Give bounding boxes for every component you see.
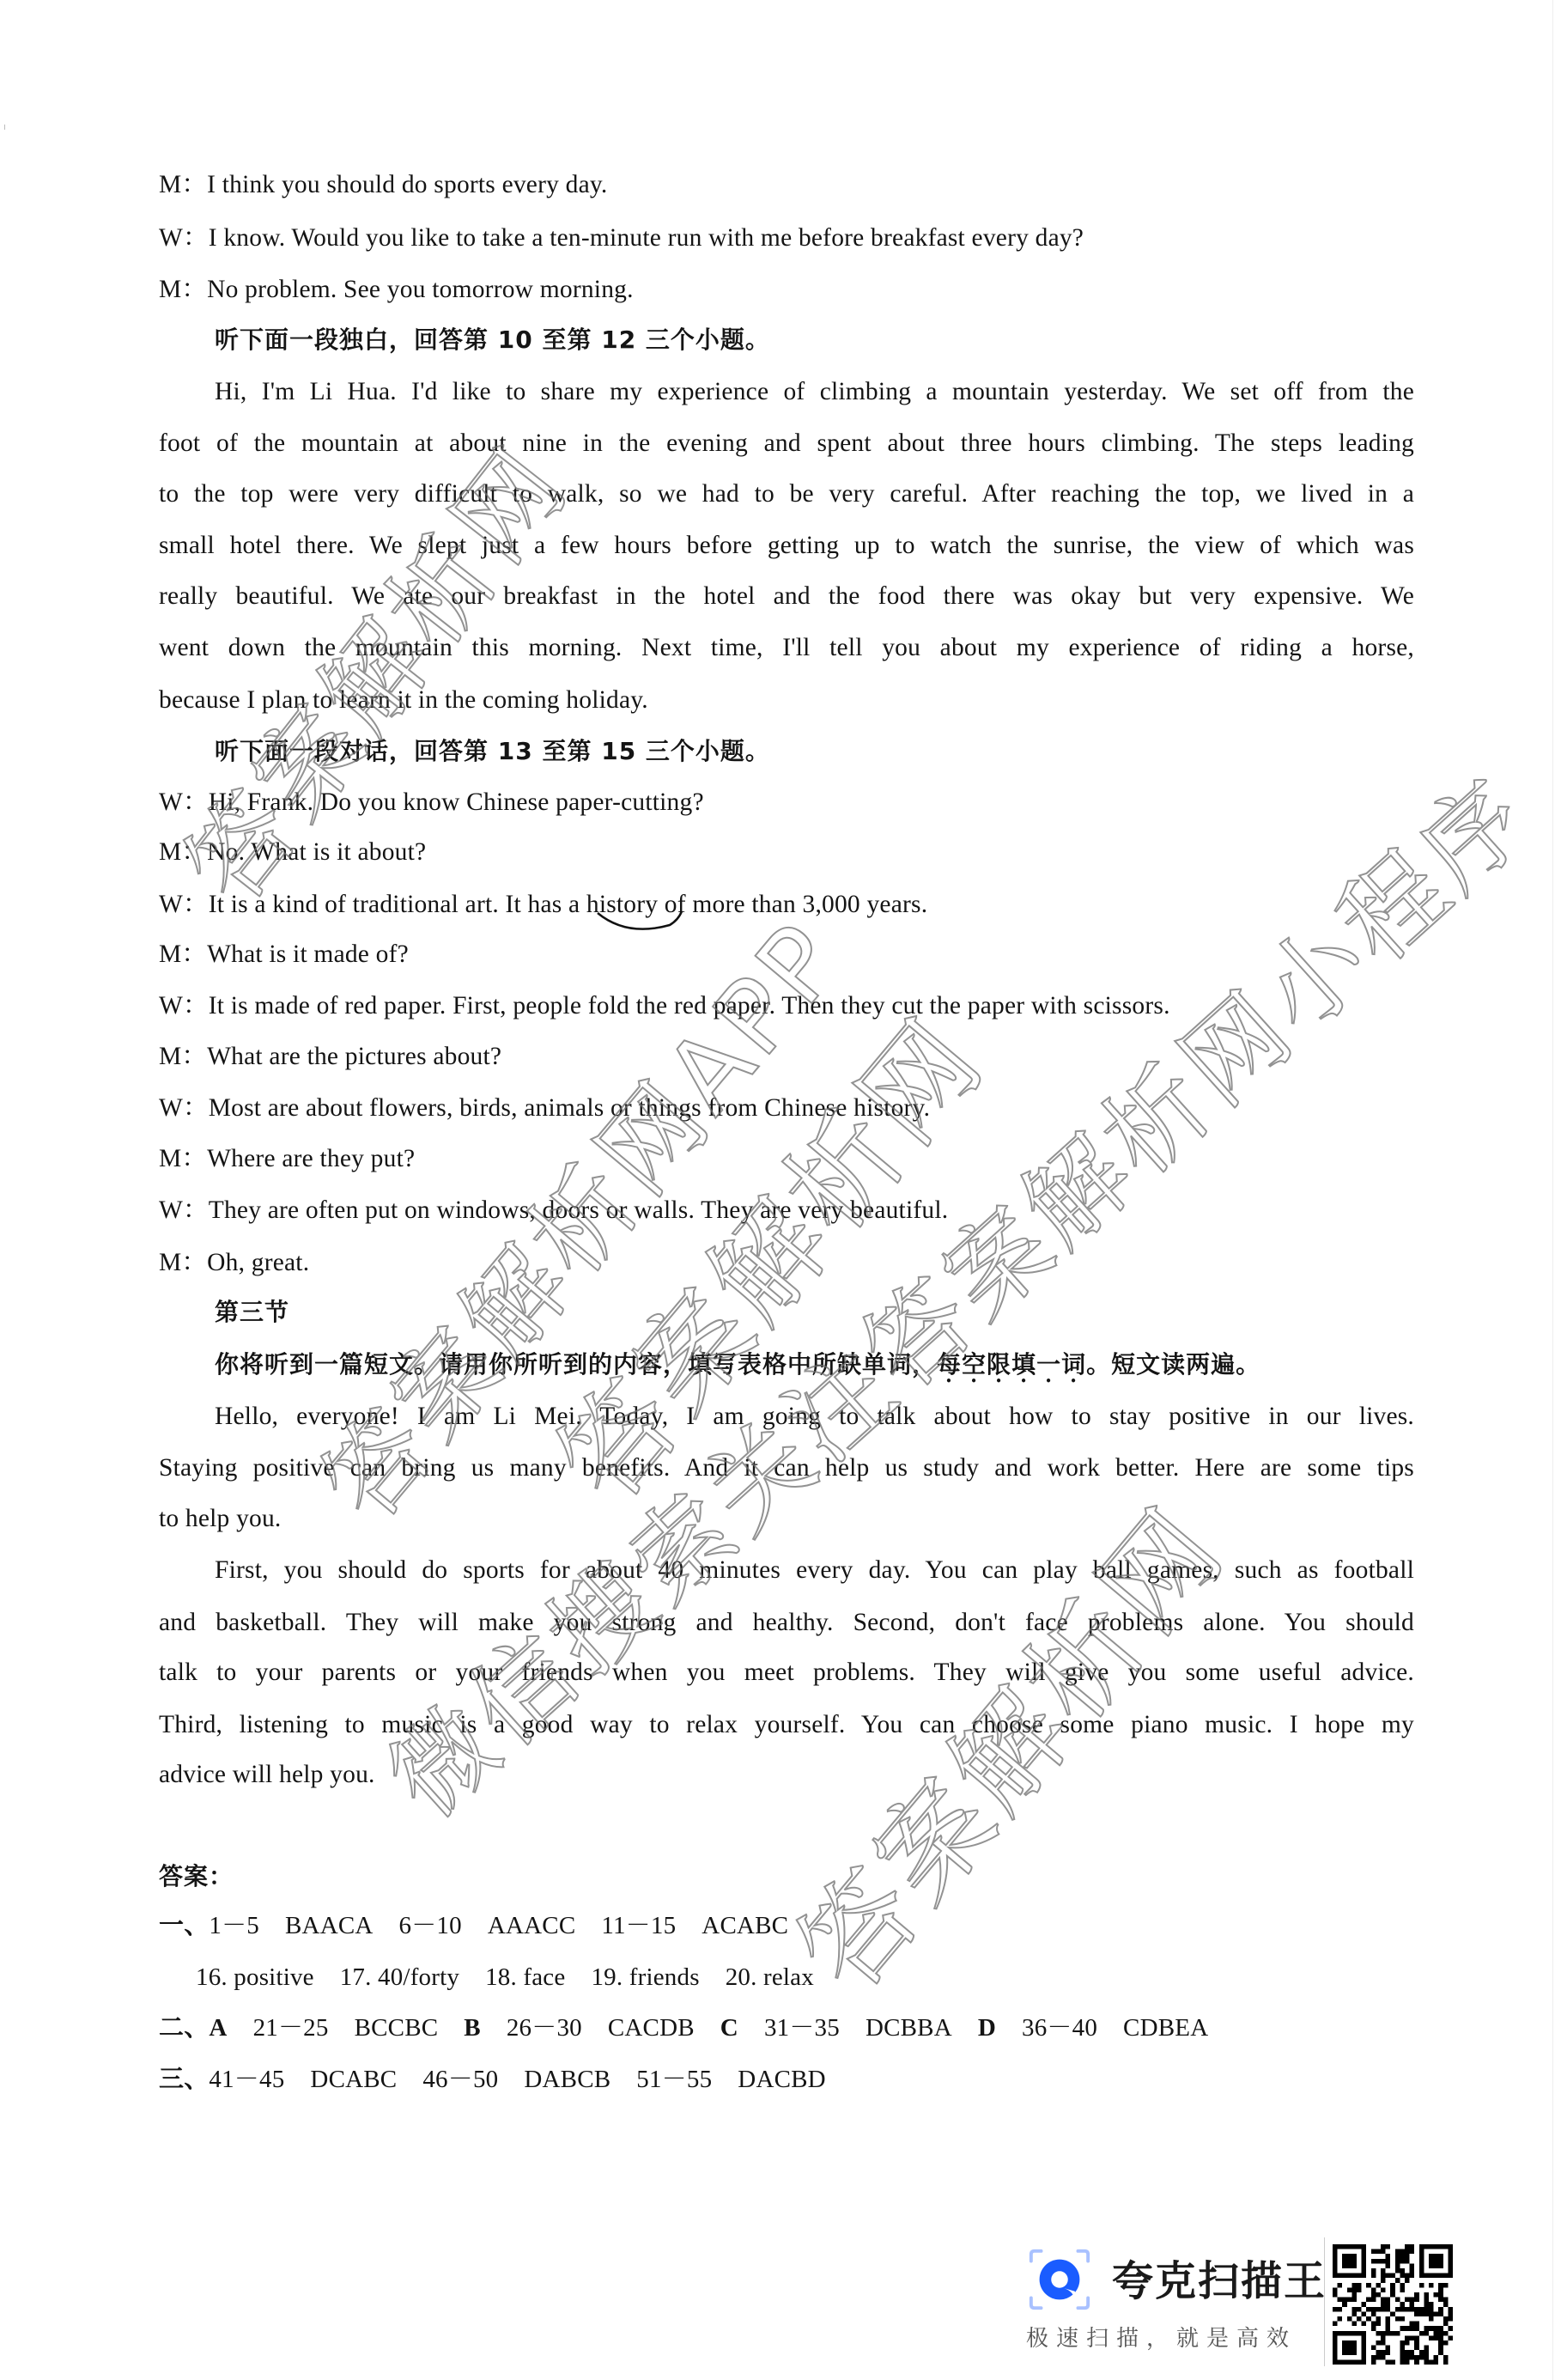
- dialog-line: W：It is a kind of traditional art. It ha…: [159, 887, 1414, 922]
- emphasized-char: 词: [1061, 1350, 1086, 1379]
- monologue-line: foot of the mountain at about nine in th…: [159, 426, 1414, 460]
- fill-in-answer: 17. 40/forty: [340, 1963, 459, 1991]
- speaker-label: W：: [159, 992, 209, 1020]
- passage-line: to help you.: [159, 1501, 1414, 1536]
- passage-line: advice will help you.: [159, 1757, 1414, 1792]
- fill-in-answer: 18. face: [485, 1963, 565, 1991]
- section-label: D: [978, 2014, 996, 2042]
- answer-key: ACABC: [702, 1912, 788, 1939]
- answer-key: BAACA: [285, 1912, 374, 1939]
- answers-part-3: 三、41－45DCABC46－50DABCB51－55DACBD: [159, 2062, 1414, 2097]
- instruction-text: 你将听到一篇短文。请用你所听到的内容，填写表格中所缺单词，: [215, 1350, 937, 1379]
- dialog-line: M：No problem. See you tomorrow morning.: [159, 272, 1414, 307]
- emphasized-char: 每: [937, 1350, 962, 1379]
- speaker-label: M：: [159, 1145, 207, 1172]
- speaker-label: M：: [159, 1043, 207, 1070]
- dialog-text: Where are they put?: [207, 1145, 415, 1172]
- question-range: 26－30: [507, 2014, 582, 2042]
- passage-line: Third, listening to music is a good way …: [159, 1707, 1414, 1742]
- answer-key: BCCBC: [355, 2014, 439, 2042]
- answer-key: DABCB: [524, 2066, 610, 2093]
- answer-key: DCABC: [310, 2066, 397, 2093]
- question-range: 1－5: [209, 1912, 259, 1939]
- part-label: 二、: [159, 2014, 209, 2042]
- answers-part-2: 二、A21－25BCCBCB26－30CACDBC31－35DCBBAD36－4…: [159, 2011, 1414, 2045]
- answer-key: CDBEA: [1123, 2014, 1208, 2042]
- dialog-text: It is made of red paper. First, people f…: [209, 992, 1170, 1020]
- question-range: 21－25: [253, 2014, 329, 2042]
- question-range: 41－45: [209, 2066, 284, 2093]
- scan-mark: [4, 125, 5, 130]
- emphasized-text: 每空限填一词: [937, 1350, 1086, 1379]
- answers-part-1: 一、1－5BAACA6－10AAACC11－15ACABC: [159, 1908, 1414, 1943]
- dialog-line: W：Hi, Frank. Do you know Chinese paper-c…: [159, 785, 1414, 819]
- passage-line: Staying positive can bring us many benef…: [159, 1451, 1414, 1485]
- dialog-line: W：It is made of red paper. First, people…: [159, 989, 1414, 1023]
- dialog-text: What are the pictures about?: [207, 1043, 501, 1070]
- dialog-text: Hi, Frank. Do you know Chinese paper-cut…: [209, 788, 704, 816]
- speaker-label: W：: [159, 1196, 209, 1224]
- monologue-line: because I plan to learn it in the coming…: [159, 683, 1414, 717]
- answer-key: DCBBA: [866, 2014, 952, 2042]
- fill-in-answer: 20. relax: [726, 1963, 814, 1991]
- dialog-line: M：Oh, great.: [159, 1245, 1414, 1280]
- instruction-text: 。短文读两遍。: [1086, 1350, 1260, 1379]
- dialog-text: It is a kind of traditional art. It has …: [209, 891, 928, 918]
- question-range: 46－50: [422, 2066, 498, 2093]
- dialog-line: W：They are often put on windows, doors o…: [159, 1193, 1414, 1227]
- answer-key: CACDB: [608, 2014, 695, 2042]
- fill-in-answer: 19. friends: [591, 1963, 699, 1991]
- section-label: B: [464, 2014, 481, 2042]
- section-3-title: 第三节: [215, 1295, 1414, 1330]
- scanner-brand: 夸克扫描王 极速扫描，就是高效: [1026, 2237, 1455, 2366]
- passage-line: First, you should do sports for about 40…: [215, 1553, 1414, 1587]
- passage-line: and basketball. They will make you stron…: [159, 1605, 1414, 1640]
- brand-name: 夸克扫描王: [1112, 2248, 1327, 2307]
- monologue-line: really beautiful. We ate our breakfast i…: [159, 579, 1414, 613]
- monologue-instruction: 听下面一段独白，回答第 10 至第 12 三个小题。: [215, 323, 1414, 357]
- dialog-text: Oh, great.: [207, 1249, 309, 1276]
- monologue-line: Hi, I'm Li Hua. I'd like to share my exp…: [215, 374, 1414, 409]
- dialog-text: They are often put on windows, doors or …: [209, 1196, 949, 1224]
- monologue-line: small hotel there. We slept just a few h…: [159, 528, 1414, 563]
- dialog-line: W：Most are about flowers, birds, animals…: [159, 1091, 1414, 1125]
- answer-key: AAACC: [488, 1912, 576, 1939]
- dialog-line: M：What are the pictures about?: [159, 1039, 1414, 1074]
- dialog-text: No. What is it about?: [207, 838, 426, 866]
- answer-key: DACBD: [738, 2066, 826, 2093]
- part-label: 一、: [159, 1912, 209, 1939]
- brand-slogan: 极速扫描，就是高效: [1026, 2321, 1297, 2353]
- dialog-line: M：I think you should do sports every day…: [159, 167, 1414, 202]
- dialog-text: What is it made of?: [207, 940, 409, 968]
- speaker-label: M：: [159, 940, 207, 968]
- speaker-label: M：: [159, 276, 207, 303]
- dialog-text: Most are about flowers, birds, animals o…: [209, 1094, 930, 1122]
- answers-title: 答案：: [159, 1860, 1414, 1894]
- divider: [1324, 2237, 1325, 2366]
- section-label: A: [209, 2014, 227, 2042]
- section-label: C: [720, 2014, 738, 2042]
- scan-edge-line: [1552, 0, 1553, 2380]
- qr-code-icon: [1333, 2244, 1453, 2365]
- speaker-label: M：: [159, 838, 207, 866]
- speaker-label: W：: [159, 788, 209, 816]
- passage-line: talk to your parents or your friends whe…: [159, 1655, 1414, 1689]
- question-range: 31－35: [764, 2014, 840, 2042]
- section-3-instruction: 你将听到一篇短文。请用你所听到的内容，填写表格中所缺单词，每空限填一词。短文读两…: [215, 1348, 1414, 1382]
- monologue-line: went down the mountain this morning. Nex…: [159, 630, 1414, 665]
- emphasized-char: 空: [962, 1350, 987, 1379]
- emphasized-char: 限: [987, 1350, 1011, 1379]
- emphasized-char: 填: [1011, 1350, 1036, 1379]
- speaker-label: W：: [159, 891, 209, 918]
- dialog-line: M：No. What is it about?: [159, 835, 1414, 869]
- dialog-text: No problem. See you tomorrow morning.: [207, 276, 634, 303]
- emphasized-char: 一: [1036, 1350, 1061, 1379]
- speaker-label: W：: [159, 1094, 209, 1122]
- dialog-text: I know. Would you like to take a ten-min…: [209, 224, 1084, 252]
- dialog-line: M：Where are they put?: [159, 1141, 1414, 1176]
- speaker-label: M：: [159, 171, 207, 198]
- question-range: 6－10: [399, 1912, 462, 1939]
- dialog-line: M：What is it made of?: [159, 937, 1414, 971]
- dialog-2-instruction: 听下面一段对话，回答第 13 至第 15 三个小题。: [215, 734, 1414, 769]
- question-range: 51－55: [636, 2066, 712, 2093]
- dialog-text: I think you should do sports every day.: [207, 171, 607, 198]
- monologue-line: to the top were very difficult to walk, …: [159, 477, 1414, 511]
- answers-fill-in: 16. positive17. 40/forty18. face19. frie…: [196, 1960, 1451, 1994]
- speaker-label: W：: [159, 224, 209, 252]
- question-range: 11－15: [601, 1912, 676, 1939]
- part-label: 三、: [159, 2066, 209, 2093]
- question-range: 36－40: [1022, 2014, 1097, 2042]
- fill-in-answer: 16. positive: [196, 1963, 314, 1991]
- quark-logo-icon: [1026, 2246, 1093, 2313]
- speaker-label: M：: [159, 1249, 207, 1276]
- passage-line: Hello, everyone! I am Li Mei. Today, I a…: [215, 1399, 1414, 1433]
- scanned-page: M：I think you should do sports every day…: [0, 0, 1561, 2380]
- dialog-line: W：I know. Would you like to take a ten-m…: [159, 221, 1414, 255]
